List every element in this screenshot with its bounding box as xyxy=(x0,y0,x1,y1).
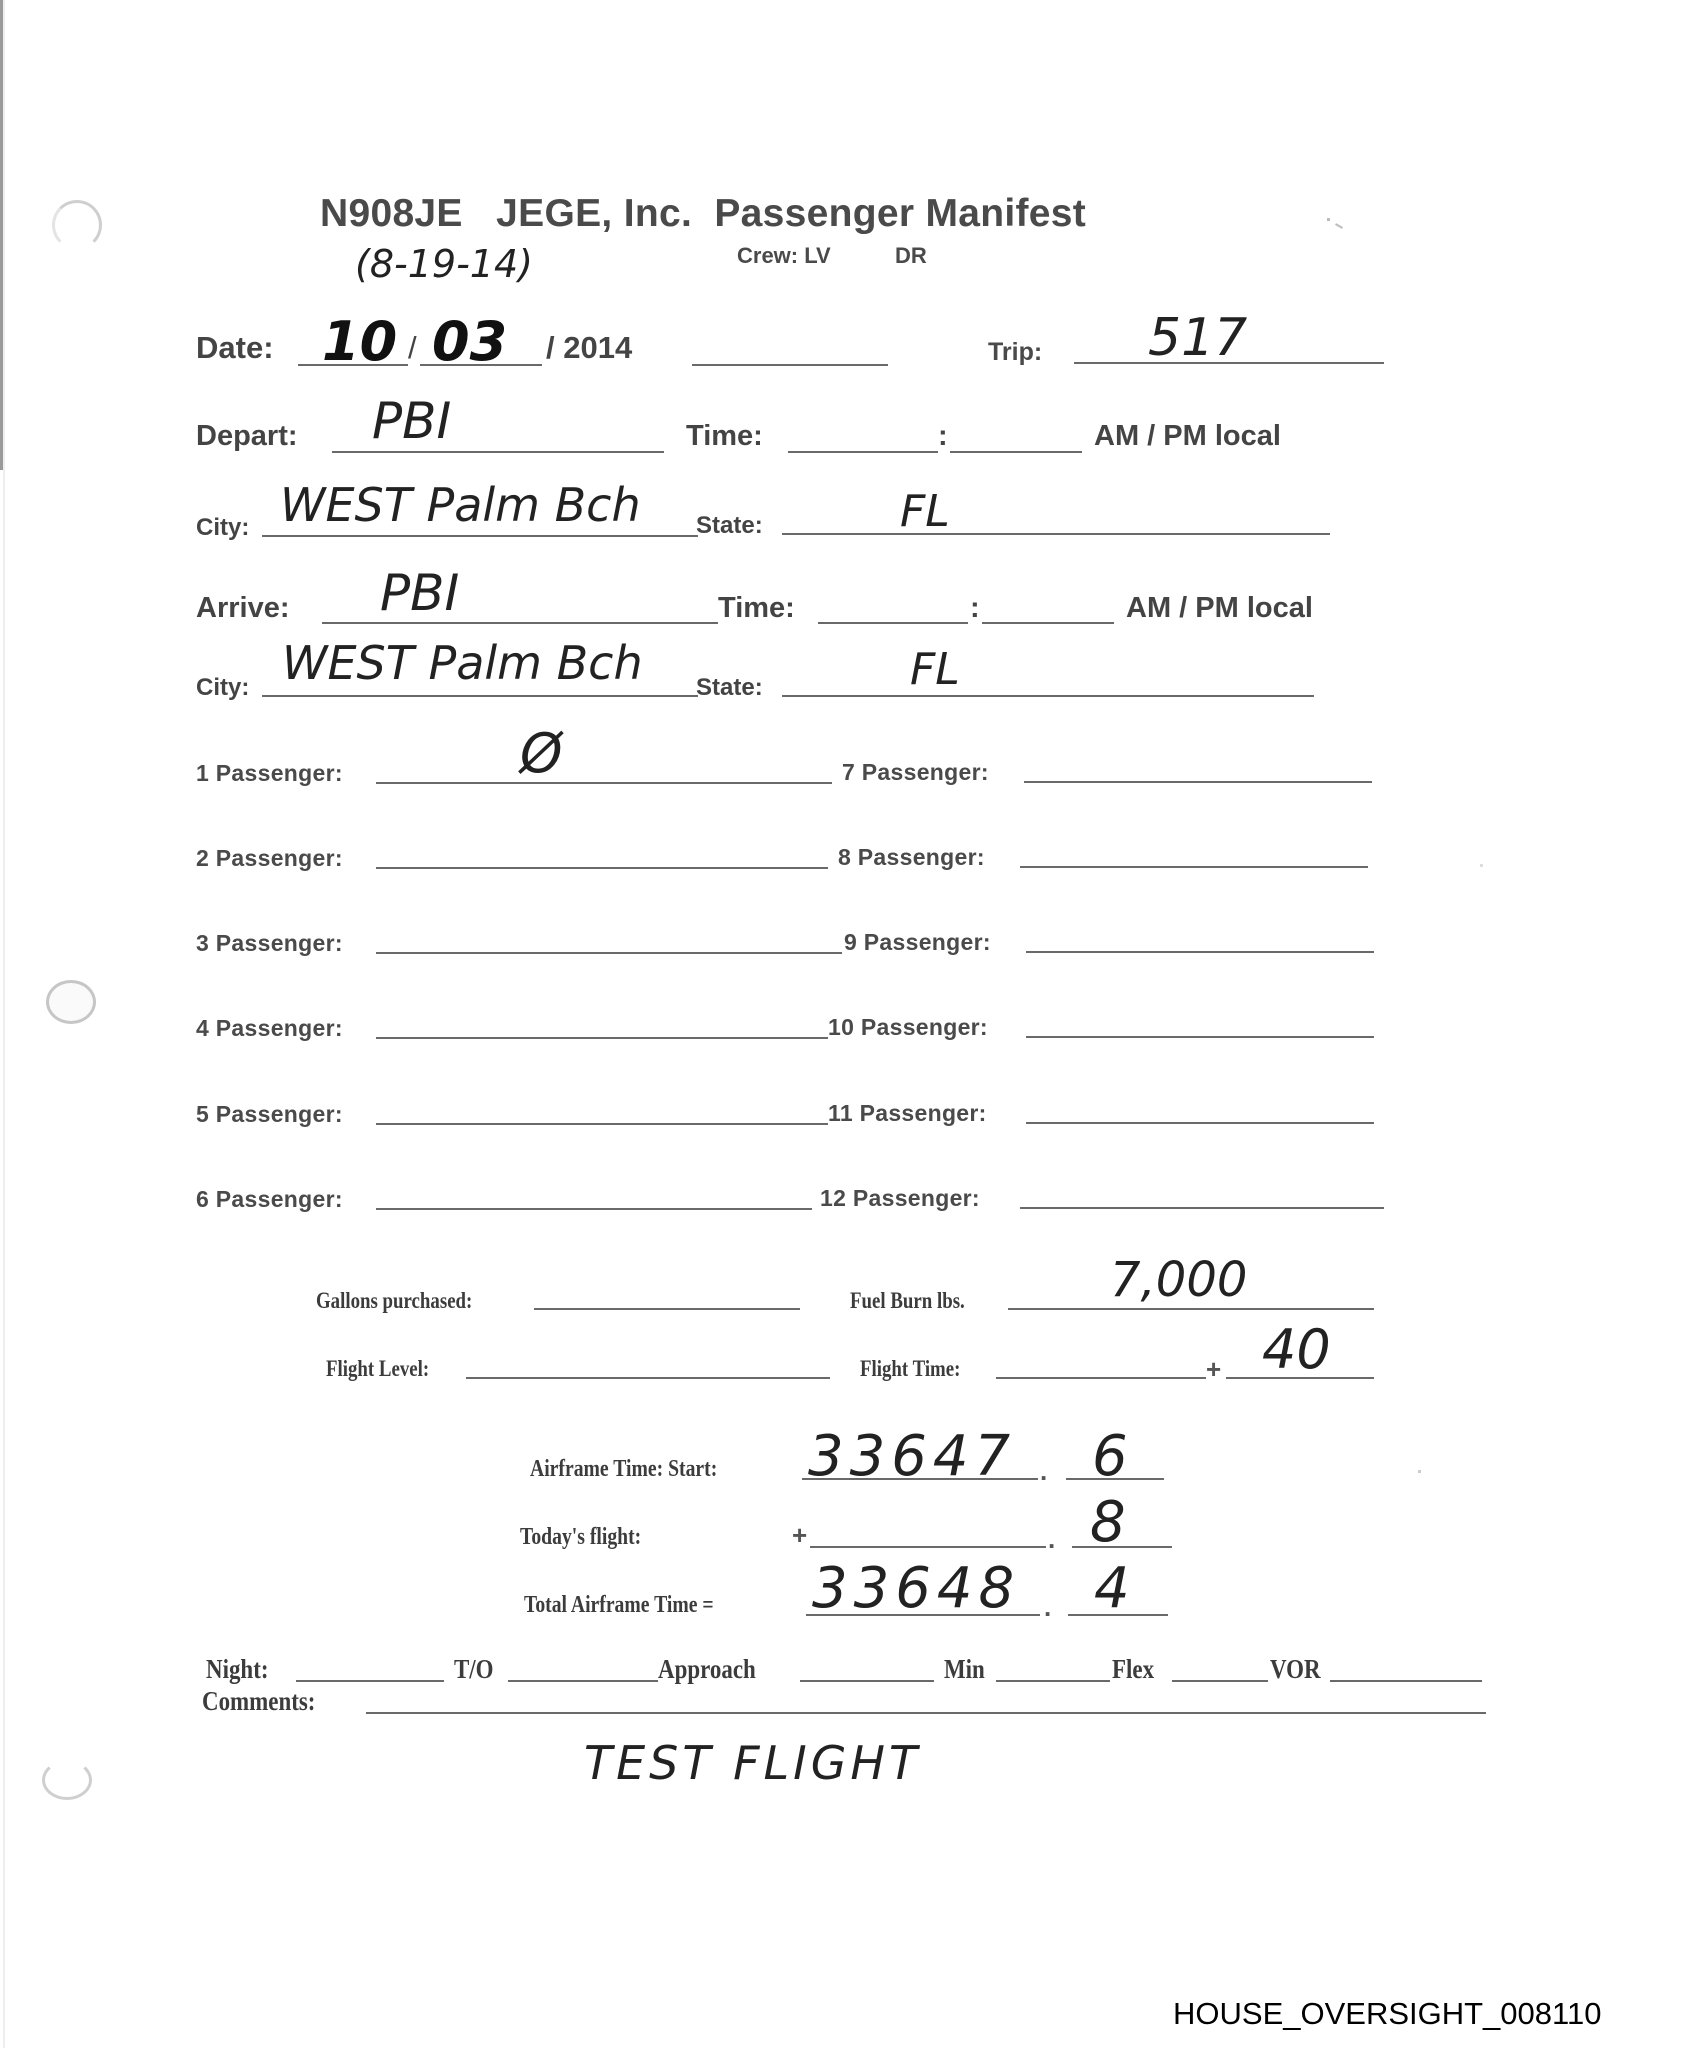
depart-time-minute-line[interactable] xyxy=(950,451,1082,453)
arrive-city-line xyxy=(262,695,698,697)
gallons-purchased-line[interactable] xyxy=(534,1308,800,1310)
depart-city-label: City: xyxy=(196,514,249,542)
passenger-12-line[interactable] xyxy=(1020,1207,1384,1209)
date-separator: / xyxy=(408,330,417,366)
flex-line[interactable] xyxy=(1172,1680,1268,1682)
depart-state-label: State: xyxy=(696,512,763,540)
flight-level-label: Flight Level: xyxy=(326,1356,429,1382)
crew-label: Crew: xyxy=(737,243,798,268)
passenger-12-label: 12 Passenger: xyxy=(820,1185,980,1212)
arrive-time-colon: : xyxy=(970,592,980,625)
arrive-time-label: Time: xyxy=(718,592,795,625)
form-title: Passenger Manifest xyxy=(714,192,1086,235)
passenger-8-line[interactable] xyxy=(1020,866,1368,868)
crew-member-2: DR xyxy=(895,243,927,268)
passenger-11-line[interactable] xyxy=(1026,1122,1374,1124)
scan-speck xyxy=(1335,223,1343,229)
passenger-5-label: 5 Passenger: xyxy=(196,1101,343,1128)
crew-line: Crew: LV DR xyxy=(737,243,927,269)
vor-line[interactable] xyxy=(1330,1680,1482,1682)
todays-flight-dot: . xyxy=(1048,1524,1055,1555)
airframe-start-tenth-field[interactable]: 6 xyxy=(1092,1424,1128,1489)
bates-number: HOUSE_OVERSIGHT_008110 xyxy=(1173,1996,1601,2032)
scan-speck xyxy=(1418,1470,1421,1473)
page-title: N908JE JEGE, Inc. Passenger Manifest xyxy=(320,192,1086,236)
arrive-time-minute-line[interactable] xyxy=(982,622,1114,624)
total-airframe-whole-field[interactable]: 33648 xyxy=(812,1556,1020,1621)
comments-label: Comments: xyxy=(202,1686,315,1717)
flight-time-label: Flight Time: xyxy=(860,1356,960,1382)
depart-field[interactable]: PBI xyxy=(372,392,451,450)
flex-label: Flex xyxy=(1112,1654,1154,1685)
passenger-8-label: 8 Passenger: xyxy=(838,844,985,871)
approach-line[interactable] xyxy=(800,1680,934,1682)
minimums-label: Min xyxy=(944,1654,985,1685)
date-month-field[interactable]: 10 xyxy=(322,310,397,373)
comments-field[interactable]: TEST FLIGHT xyxy=(584,1736,921,1790)
todays-flight-tenth-field[interactable]: 8 xyxy=(1090,1490,1126,1555)
depart-time-colon: : xyxy=(938,420,948,453)
takeoff-label: T/O xyxy=(454,1654,494,1685)
passenger-3-line[interactable] xyxy=(376,952,842,954)
vor-label: VOR xyxy=(1270,1654,1321,1685)
date-label: Date: xyxy=(196,330,274,366)
total-airframe-label: Total Airframe Time = xyxy=(524,1592,714,1619)
depart-city-line xyxy=(262,535,698,537)
tail-number: N908JE xyxy=(320,192,463,235)
total-airframe-dot: . xyxy=(1044,1592,1051,1623)
todays-flight-whole-line[interactable] xyxy=(810,1546,1046,1548)
flight-time-hours-line[interactable] xyxy=(996,1377,1206,1379)
scan-speck xyxy=(1327,218,1330,221)
trip-field[interactable]: 517 xyxy=(1148,308,1247,368)
flight-level-line[interactable] xyxy=(466,1377,830,1379)
date-day-field[interactable]: 03 xyxy=(432,310,507,373)
fuel-burn-label: Fuel Burn lbs. xyxy=(850,1288,965,1314)
date-year: / 2014 xyxy=(546,330,632,366)
page-left-shadow xyxy=(3,0,5,2048)
arrive-state-label: State: xyxy=(696,674,763,702)
todays-flight-label: Today's flight: xyxy=(520,1524,641,1551)
takeoff-line[interactable] xyxy=(508,1680,658,1682)
passenger-3-label: 3 Passenger: xyxy=(196,930,343,957)
arrive-ampm-label: AM / PM local xyxy=(1126,592,1313,625)
passenger-11-label: 11 Passenger: xyxy=(828,1100,987,1127)
date-extra-line xyxy=(692,364,888,366)
passenger-9-label: 9 Passenger: xyxy=(844,929,991,956)
crew-member-1: LV xyxy=(804,243,830,268)
passenger-1-line[interactable] xyxy=(376,782,832,784)
arrive-state-field[interactable]: FL xyxy=(910,644,960,695)
flight-time-field[interactable]: 40 xyxy=(1262,1318,1331,1381)
passenger-6-line[interactable] xyxy=(376,1208,812,1210)
company-name: JEGE, Inc. xyxy=(496,192,692,235)
passenger-1-field[interactable]: Ø xyxy=(520,722,563,785)
airframe-start-dot: . xyxy=(1040,1456,1047,1487)
passenger-7-label: 7 Passenger: xyxy=(842,759,989,786)
passenger-10-line[interactable] xyxy=(1026,1036,1374,1038)
depart-label: Depart: xyxy=(196,420,298,453)
total-airframe-tenth-field[interactable]: 4 xyxy=(1094,1556,1130,1621)
gallons-purchased-label: Gallons purchased: xyxy=(316,1288,472,1314)
fuel-burn-field[interactable]: 7,000 xyxy=(1110,1252,1247,1308)
minimums-line[interactable] xyxy=(996,1680,1110,1682)
airframe-start-label: Airframe Time: Start: xyxy=(530,1456,717,1483)
passenger-7-line[interactable] xyxy=(1024,781,1372,783)
trip-label: Trip: xyxy=(988,338,1042,367)
depart-time-label: Time: xyxy=(686,420,763,453)
passenger-9-line[interactable] xyxy=(1026,951,1374,953)
arrive-field[interactable]: PBI xyxy=(380,564,459,622)
arrive-time-hour-line[interactable] xyxy=(818,622,968,624)
passenger-10-label: 10 Passenger: xyxy=(828,1014,988,1041)
scan-speck xyxy=(1480,864,1483,867)
punch-hole-top-icon xyxy=(52,200,102,250)
arrive-state-line xyxy=(782,695,1314,697)
arrive-label: Arrive: xyxy=(196,592,290,625)
punch-hole-middle-icon xyxy=(46,980,96,1024)
airframe-start-whole-field[interactable]: 33647 xyxy=(808,1424,1016,1489)
depart-state-field[interactable]: FL xyxy=(900,486,950,537)
flight-time-plus: + xyxy=(1206,1354,1221,1385)
punch-hole-bottom-icon xyxy=(42,1760,92,1800)
fuel-burn-line[interactable] xyxy=(1008,1308,1374,1310)
arrive-city-field[interactable]: WEST Palm Bch xyxy=(282,636,643,690)
approach-label: Approach xyxy=(658,1654,756,1685)
handwritten-date-note: (8-19-14) xyxy=(355,242,533,286)
arrive-line xyxy=(322,622,718,624)
passenger-5-line[interactable] xyxy=(376,1123,828,1125)
depart-ampm-label: AM / PM local xyxy=(1094,420,1281,453)
passenger-1-label: 1 Passenger: xyxy=(196,760,343,787)
depart-time-hour-line[interactable] xyxy=(788,451,938,453)
depart-state-line xyxy=(782,533,1330,535)
passenger-4-line[interactable] xyxy=(376,1037,828,1039)
night-line[interactable] xyxy=(296,1680,444,1682)
passenger-4-label: 4 Passenger: xyxy=(196,1015,343,1042)
depart-line xyxy=(332,451,664,453)
passenger-6-label: 6 Passenger: xyxy=(196,1186,343,1213)
passenger-2-line[interactable] xyxy=(376,867,828,869)
comments-line[interactable] xyxy=(366,1712,1486,1714)
passenger-2-label: 2 Passenger: xyxy=(196,845,343,872)
todays-flight-plus: + xyxy=(792,1520,807,1551)
night-label: Night: xyxy=(206,1654,268,1685)
depart-city-field[interactable]: WEST Palm Bch xyxy=(280,478,641,532)
arrive-city-label: City: xyxy=(196,674,249,702)
